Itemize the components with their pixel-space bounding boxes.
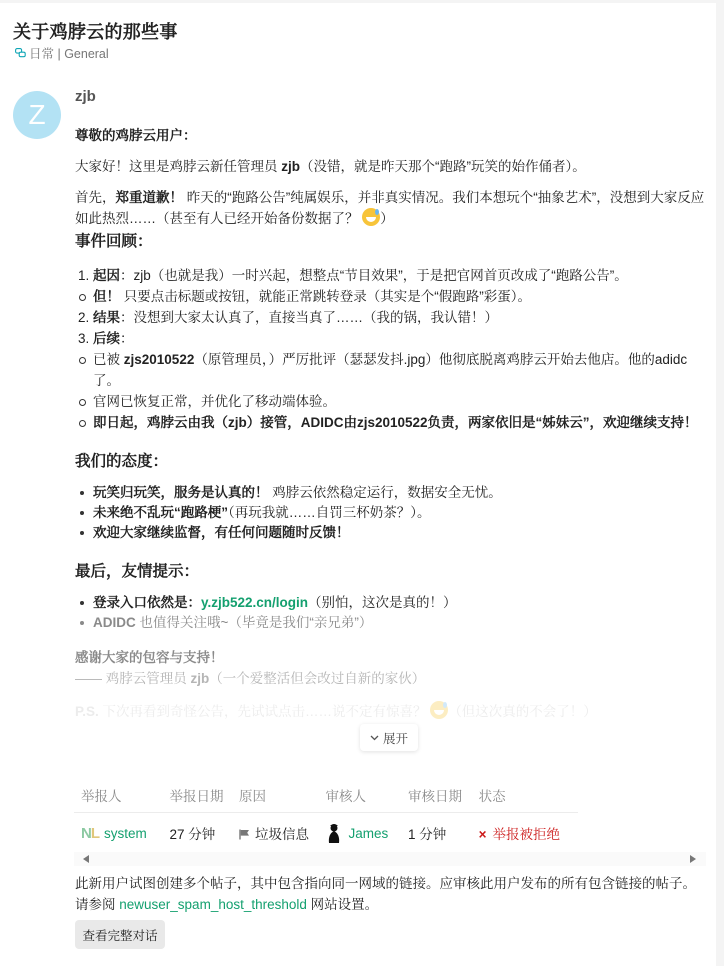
flag-icon: [239, 829, 250, 840]
zany-face-emoji-icon: [430, 701, 448, 719]
section-heading-attitude: 我们的态度：: [75, 451, 707, 473]
circle-bullet-icon: [78, 286, 93, 307]
sweat-smile-emoji-icon: [362, 208, 380, 226]
horizontal-scrollbar[interactable]: [74, 852, 706, 866]
bullet-icon: [78, 523, 93, 543]
scroll-right-arrow-icon[interactable]: [690, 855, 696, 863]
circle-bullet-icon: [78, 391, 93, 412]
list-item: 玩笑归玩笑，服务是认真的！ 鸡脖云依然稳定运行，数据安全无忧。: [75, 483, 707, 503]
scroll-left-arrow-icon[interactable]: [83, 855, 89, 863]
table-header: 举报人 举报日期 原因 审核人 审核日期 状态: [74, 778, 578, 813]
chevron-down-icon: [370, 735, 379, 741]
topic-title: 关于鸡脖云的那些事: [13, 18, 178, 44]
close-x-icon: ×: [479, 827, 487, 842]
category-label: 日常 | General: [29, 44, 109, 62]
top-edge: [0, 0, 724, 3]
login-link[interactable]: y.zjb522.cn/login: [201, 595, 308, 610]
intro-paragraph: 大家好！这里是鸡脖云新任管理员 zjb（没错，就是昨天那个“跑路”玩笑的始作俑者…: [75, 156, 707, 177]
bullet-icon: [78, 503, 93, 523]
review-date: 1 分钟: [408, 823, 479, 843]
list-item: 但！ 只要点击标题或按钮，就能正常跳转登录（其实是个“假跑路”彩蛋）。: [75, 286, 707, 307]
system-logo-icon: NL: [81, 825, 99, 842]
list-item: 3.后续：: [75, 328, 707, 349]
site-setting-link[interactable]: newuser_spam_host_threshold: [119, 897, 307, 912]
chat-bubbles-icon: [15, 48, 26, 58]
reason: 垃圾信息: [255, 827, 309, 842]
author-name[interactable]: zjb: [75, 88, 96, 105]
signature-line: —— 鸡脖云管理员 zjb（一个爱整活但会改过自新的家伙）: [75, 668, 707, 689]
list-item: 已被 zjs2010522（原管理员，）严厉批评（瑟瑟发抖.jpg）他彻底脱离鸡…: [75, 349, 707, 391]
view-full-conversation-button[interactable]: 查看完整对话: [75, 920, 165, 949]
list-item: ADIDC 也值得关注哦~（毕竟是我们“亲兄弟”）: [75, 613, 707, 633]
circle-bullet-icon: [78, 349, 93, 391]
list-item: 欢迎大家继续监督，有任何问题随时反馈！: [75, 523, 707, 543]
section-heading-events: 事件回顾：: [75, 231, 707, 253]
bullet-icon: [78, 613, 93, 633]
list-item: 1.起因：zjb（也就是我）一时兴起，想整点“节目效果”，于是把官网首页改成了“…: [75, 265, 707, 286]
list-item: 未来绝不乱玩“跑路梗”（再玩我就……自罚三杯奶茶？）。: [75, 503, 707, 523]
list-item: 即日起，鸡脖云由我（zjb）接管，ADIDC由zjs2010522负责，两家依旧…: [75, 412, 707, 433]
author-avatar[interactable]: Z: [13, 91, 61, 139]
expand-button[interactable]: 展开: [360, 724, 418, 751]
review-table: 举报人 举报日期 原因 审核人 审核日期 状态 NLsystem 27 分钟 垃…: [74, 778, 578, 853]
ps-line: P.S. 下次再看到奇怪公告，先试试点击……说不定有惊喜？ （但这次真的不会了！…: [75, 701, 707, 722]
thanks-line: 感谢大家的包容与支持！: [75, 647, 707, 668]
section-heading-tips: 最后，友情提示：: [75, 561, 707, 583]
table-row: NLsystem 27 分钟 垃圾信息 James 1 分钟 ×举报被拒绝: [74, 813, 578, 853]
bullet-icon: [78, 483, 93, 503]
topic-category[interactable]: 日常 | General: [15, 44, 109, 62]
reviewer-avatar[interactable]: [326, 822, 342, 844]
reviewer-link[interactable]: James: [349, 826, 389, 841]
report-date: 27 分钟: [169, 823, 239, 843]
review-note: 此新用户试图创建多个帖子，其中包含指向同一网域的链接。应审核此用户发布的所有包含…: [75, 873, 705, 915]
bullet-icon: [78, 593, 93, 613]
post-body: 尊敬的鸡脖云用户： 大家好！这里是鸡脖云新任管理员 zjb（没错，就是昨天那个“…: [75, 125, 707, 722]
page-scrollbar[interactable]: [716, 3, 724, 966]
circle-bullet-icon: [78, 412, 93, 433]
list-item: 登录入口依然是：y.zjb522.cn/login（别怕，这次是真的！）: [75, 593, 707, 613]
apology-paragraph: 首先，郑重道歉！ 昨天的“跑路公告”纯属娱乐，并非真实情况。我们本想玩个“抽象艺…: [75, 187, 707, 229]
status-badge: ×举报被拒绝: [479, 823, 578, 843]
reporter-link[interactable]: system: [104, 826, 147, 841]
list-item: 官网已恢复正常，并优化了移动端体验。: [75, 391, 707, 412]
list-item: 2.结果：没想到大家太认真了，直接当真了……（我的锅，我认错！）: [75, 307, 707, 328]
greeting: 尊敬的鸡脖云用户：: [75, 125, 707, 146]
